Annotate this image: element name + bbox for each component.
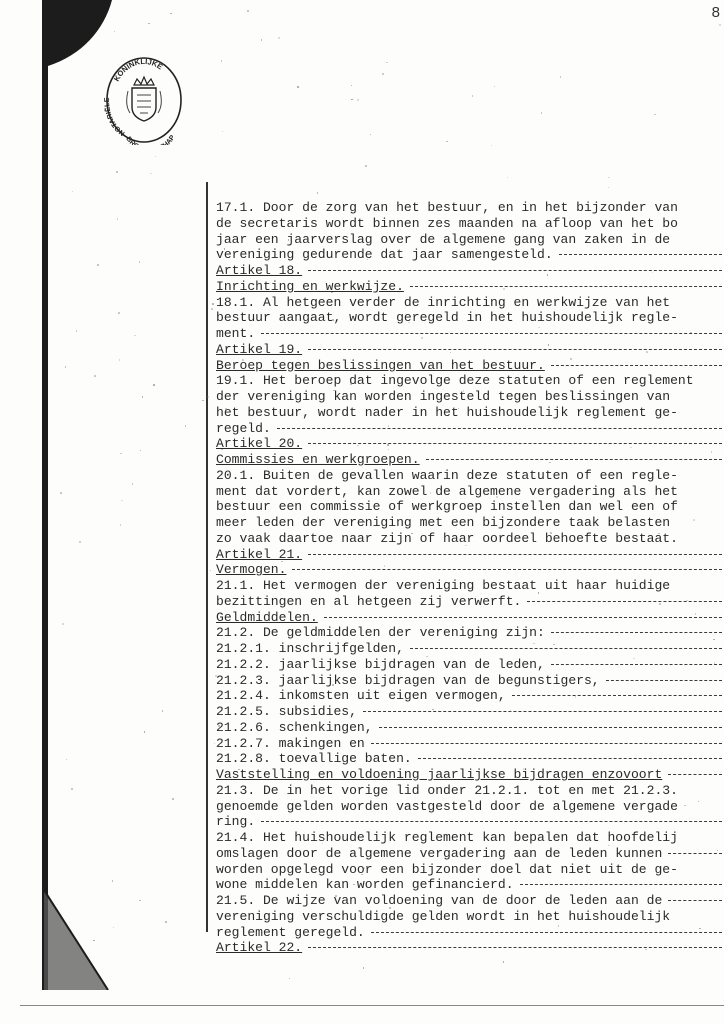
scan-noise [142, 396, 144, 398]
scan-noise [699, 928, 701, 930]
scan-noise [332, 319, 334, 321]
scan-noise [494, 86, 496, 88]
scan-noise [120, 453, 122, 455]
text-line: 19.1. Het beroep dat ingevolge deze stat… [216, 373, 724, 389]
scan-noise [361, 874, 363, 876]
scan-noise [334, 503, 336, 505]
text-line: worden opgelegd voor een bijzonder doel … [216, 862, 724, 878]
scan-noise [221, 60, 223, 62]
line-text: worden opgelegd voor een bijzonder doel … [216, 862, 678, 877]
scan-noise [472, 95, 474, 97]
fill-dash-line [512, 695, 722, 696]
text-line: bestuur een commissie of werkgroep inste… [216, 499, 724, 515]
scan-noise [463, 390, 465, 392]
fill-dash-line [308, 443, 722, 444]
scan-noise [654, 114, 656, 116]
line-text: de secretaris wordt binnen zes maanden n… [216, 216, 678, 231]
fill-dash-line [371, 743, 722, 744]
text-line: bezittingen en al hetgeen zij verwerft. [216, 594, 724, 610]
scan-noise [421, 337, 423, 339]
scan-noise [140, 450, 142, 452]
line-text: 21.2.1. inschrijfgelden, [216, 641, 404, 656]
scan-noise [386, 62, 388, 64]
scan-noise [66, 759, 68, 761]
scan-noise [162, 710, 164, 712]
scan-noise [225, 408, 227, 410]
text-line: wone middelen kan worden gefinancierd. [216, 877, 724, 893]
scan-noise [549, 462, 551, 464]
scan-noise [370, 134, 372, 136]
fill-dash-line [520, 884, 722, 885]
text-line: 21.1. Het vermogen der vereniging bestaa… [216, 578, 724, 594]
text-line: regeld. [216, 421, 724, 437]
scan-noise [153, 384, 155, 386]
scan-noise [507, 177, 509, 179]
scan-noise [202, 400, 204, 402]
notary-seal-icon: KONINKLIJKE NOTARIËLE BROEDERSCHAP [104, 55, 184, 145]
text-line: 20.1. Buiten de gevallen waarin deze sta… [216, 468, 724, 484]
line-text: ring. [216, 814, 255, 829]
scan-noise [229, 619, 231, 621]
scan-noise [172, 798, 174, 800]
scan-noise [62, 979, 64, 981]
scan-noise [119, 359, 121, 361]
scan-noise [389, 907, 391, 909]
line-text: jaar een jaarverslag over de algemene ga… [216, 232, 670, 247]
line-text: ment dat vordert, kan zowel de algemene … [216, 484, 678, 499]
scan-noise [719, 24, 721, 26]
fill-dash-line [551, 664, 722, 665]
scan-noise [116, 171, 118, 173]
scan-noise [148, 23, 150, 25]
scan-noise [436, 915, 438, 917]
text-line: 21.2.6. schenkingen, [216, 720, 724, 736]
line-text: genoemde gelden worden vastgesteld door … [216, 799, 678, 814]
scan-noise [353, 884, 355, 886]
fill-dash-line [308, 349, 722, 350]
fill-dash-line [606, 680, 722, 681]
scan-noise [351, 85, 353, 87]
scan-noise [242, 359, 244, 361]
scan-shadow-bottom [44, 890, 114, 990]
scan-noise [646, 351, 648, 353]
svg-text:NOTARIËLE: NOTARIËLE [104, 97, 126, 136]
text-line: 21.3. De in het vorige lid onder 21.2.1.… [216, 783, 724, 799]
scan-noise [558, 925, 560, 927]
article-heading: Artikel 19. [216, 342, 724, 358]
line-text: het bestuur, wordt nader in het huishoud… [216, 405, 678, 420]
scan-noise [686, 600, 688, 602]
scan-noise [570, 358, 572, 360]
line-text: 21.5. De wijze van voldoening van de doo… [216, 893, 662, 908]
line-text: 18.1. Al hetgeen verder de inrichting en… [216, 295, 670, 310]
scan-noise [207, 396, 209, 398]
scan-noise [335, 895, 337, 897]
line-text: meer leden der vereniging met een bijzon… [216, 515, 670, 530]
line-text: 20.1. Buiten de gevallen waarin deze sta… [216, 468, 678, 483]
text-line: 21.2. De geldmiddelen der vereniging zij… [216, 625, 724, 641]
line-text: Geldmiddelen. [216, 610, 318, 625]
text-line: der vereniging kan worden ingesteld tege… [216, 389, 724, 405]
scan-noise [350, 383, 352, 385]
scan-noise [117, 218, 119, 220]
scan-noise [608, 187, 610, 189]
svg-text:BROEDERSCHAP: BROEDERSCHAP [124, 134, 176, 145]
scan-noise [322, 843, 324, 845]
scan-noise [222, 131, 224, 133]
scan-noise [79, 541, 81, 543]
line-text: der vereniging kan worden ingesteld tege… [216, 389, 670, 404]
scan-noise [317, 192, 319, 194]
fill-dash-line [418, 758, 722, 759]
scan-noise [65, 366, 67, 368]
scan-noise [363, 967, 365, 969]
fill-dash-line [371, 932, 722, 933]
text-line: ment. [216, 326, 724, 342]
text-line: 21.2.5. subsidies, [216, 704, 724, 720]
scan-noise [121, 500, 123, 502]
line-text: 21.2.5. subsidies, [216, 704, 357, 719]
article-heading: Artikel 20. [216, 436, 724, 452]
scan-noise [333, 390, 335, 392]
scan-noise [118, 312, 120, 314]
scan-noise [560, 76, 562, 78]
text-line: de secretaris wordt binnen zes maanden n… [216, 216, 724, 232]
scan-noise [541, 112, 543, 114]
scan-noise [218, 725, 220, 727]
scan-noise [523, 768, 525, 770]
scan-noise [214, 743, 216, 745]
text-line: 21.2.2. jaarlijkse bijdragen van de lede… [216, 657, 724, 673]
scan-noise [60, 492, 62, 494]
scan-noise [550, 532, 552, 534]
line-text: Artikel 22. [216, 940, 302, 955]
fill-dash-line [292, 569, 722, 570]
scan-noise [144, 731, 146, 733]
line-text: Artikel 18. [216, 263, 302, 278]
scan-noise [278, 37, 280, 39]
line-text: bestuur een commissie of werkgroep inste… [216, 499, 678, 514]
scan-noise [503, 961, 505, 963]
scan-noise [387, 444, 389, 446]
text-line: ment dat vordert, kan zowel de algemene … [216, 484, 724, 500]
line-text: regeld. [216, 421, 271, 436]
text-line: vereniging gedurende dat jaar samengeste… [216, 247, 724, 263]
fill-dash-line [668, 853, 722, 854]
text-line: 17.1. Door de zorg van het bestuur, en i… [216, 200, 724, 216]
line-text: 21.3. De in het vorige lid onder 21.2.1.… [216, 783, 678, 798]
line-text: wone middelen kan worden gefinancierd. [216, 877, 514, 892]
scan-noise [332, 684, 334, 686]
text-line: 21.2.8. toevallige baten. [216, 751, 724, 767]
fill-dash-line [277, 428, 722, 429]
scan-noise [364, 521, 366, 523]
svg-text:KONINKLIJKE: KONINKLIJKE [112, 57, 164, 83]
line-text: Beroep tegen beslissingen van het bestuu… [216, 358, 545, 373]
fill-dash-line [410, 648, 722, 649]
line-text: Vermogen. [216, 562, 286, 577]
line-text: 21.2. De geldmiddelen der vereniging zij… [216, 625, 545, 640]
scan-noise [289, 978, 291, 980]
scan-noise [714, 662, 716, 664]
scan-noise [351, 99, 353, 101]
scan-noise [555, 785, 557, 787]
scan-noise [384, 565, 386, 567]
line-text: omslagen door de algemene vergadering aa… [216, 846, 662, 861]
fill-dash-line [551, 365, 722, 366]
line-text: bestuur aangaat, wordt geregeld in het h… [216, 310, 678, 325]
margin-rule [206, 182, 208, 932]
text-line: vereniging verschuldigde gelden wordt in… [216, 909, 724, 925]
fill-dash-line [324, 617, 722, 618]
scan-noise [120, 524, 122, 526]
scan-noise [357, 99, 359, 101]
fill-dash-line [527, 601, 722, 602]
scan-noise [185, 425, 187, 427]
line-text: 21.2.3. jaarlijkse bijdragen van de begu… [216, 673, 600, 688]
scan-noise [264, 619, 266, 621]
line-text: Artikel 21. [216, 547, 302, 562]
line-text: 21.4. Het huishoudelijk reglement kan be… [216, 830, 678, 845]
line-text: vereniging verschuldigde gelden wordt in… [216, 909, 670, 924]
scan-noise [365, 165, 367, 167]
fill-dash-line [551, 632, 722, 633]
scan-noise [388, 425, 390, 427]
scan-noise [247, 10, 249, 12]
line-text: zo vaak daartoe naar zijn of haar oordee… [216, 531, 678, 546]
line-text: reglement geregeld. [216, 925, 365, 940]
text-line: 21.2.3. jaarlijkse bijdragen van de begu… [216, 673, 724, 689]
fill-dash-line [261, 821, 722, 822]
scan-noise [71, 788, 73, 790]
scan-noise [693, 519, 695, 521]
article-heading: Commissies en werkgroepen. [216, 452, 724, 468]
scan-noise [210, 570, 212, 572]
line-text: Artikel 19. [216, 342, 302, 357]
fill-dash-line [379, 727, 722, 728]
text-line: bestuur aangaat, wordt geregeld in het h… [216, 310, 724, 326]
fill-dash-line [261, 333, 722, 334]
text-line: omslagen door de algemene vergadering aa… [216, 846, 724, 862]
article-heading: Artikel 22. [216, 940, 724, 956]
text-line: jaar een jaarverslag over de algemene ga… [216, 232, 724, 248]
line-text: Inrichting en werkwijze. [216, 279, 404, 294]
scan-noise [659, 603, 661, 605]
page-number: 8 [712, 4, 720, 21]
statute-text: 17.1. Door de zorg van het bestuur, en i… [216, 200, 724, 956]
scan-noise [132, 483, 134, 485]
text-line: reglement geregeld. [216, 925, 724, 941]
scan-noise [224, 248, 226, 250]
scan-noise [211, 308, 213, 310]
line-text: 21.2.6. schenkingen, [216, 720, 373, 735]
line-text: 21.2.2. jaarlijkse bijdragen van de lede… [216, 657, 545, 672]
scan-noise [382, 73, 384, 75]
line-text: Commissies en werkgroepen. [216, 452, 420, 467]
scan-noise [684, 805, 686, 807]
text-line: meer leden der vereniging met een bijzon… [216, 515, 724, 531]
scan-noise [491, 145, 493, 147]
scan-noise [155, 156, 157, 158]
text-line: 21.4. Het huishoudelijk reglement kan be… [216, 830, 724, 846]
article-heading: Artikel 21. [216, 547, 724, 563]
scan-noise [645, 949, 647, 951]
scan-noise [216, 746, 218, 748]
scan-noise [446, 141, 448, 143]
line-text: 21.2.8. toevallige baten. [216, 751, 412, 766]
fill-dash-line [308, 947, 722, 948]
scan-noise [62, 623, 64, 625]
scan-noise [695, 613, 697, 615]
page-bottom-edge [20, 1005, 724, 1006]
scan-noise [297, 86, 299, 88]
line-text: Artikel 20. [216, 436, 302, 451]
article-heading: Vermogen. [216, 562, 724, 578]
fill-dash-line [426, 459, 722, 460]
line-text: vereniging gedurende dat jaar samengeste… [216, 247, 553, 262]
scan-noise [215, 675, 217, 677]
scan-noise [331, 292, 333, 294]
line-text: 21.2.4. inkomsten uit eigen vermogen, [216, 688, 506, 703]
text-line: 21.2.4. inkomsten uit eigen vermogen, [216, 688, 724, 704]
line-text: 19.1. Het beroep dat ingevolge deze stat… [216, 373, 694, 388]
fill-dash-line [308, 554, 722, 555]
text-line: 18.1. Al hetgeen verder de inrichting en… [216, 295, 724, 311]
text-line: 21.2.1. inschrijfgelden, [216, 641, 724, 657]
fill-dash-line [668, 900, 722, 901]
article-heading: Vaststelling en voldoening jaarlijkse bi… [216, 767, 724, 783]
scan-noise [212, 303, 214, 305]
fill-dash-line [559, 254, 722, 255]
scan-noise [548, 344, 550, 346]
scan-noise [139, 261, 141, 263]
text-line: zo vaak daartoe naar zijn of haar oordee… [216, 531, 724, 547]
text-line: 21.2.7. makingen en [216, 736, 724, 752]
scan-noise [261, 39, 263, 41]
scan-noise [139, 900, 141, 902]
text-line: 21.5. De wijze van voldoening van de doo… [216, 893, 724, 909]
fill-dash-line [410, 286, 722, 287]
scan-binding-edge [42, 0, 48, 990]
scan-noise [76, 330, 78, 332]
scan-noise [608, 177, 610, 179]
line-text: 21.1. Het vermogen der vereniging bestaa… [216, 578, 670, 593]
scan-noise [134, 335, 136, 337]
article-heading: Artikel 18. [216, 263, 724, 279]
text-line: genoemde gelden worden vastgesteld door … [216, 799, 724, 815]
fill-dash-line [308, 270, 722, 271]
line-text: 21.2.7. makingen en [216, 736, 365, 751]
scan-noise [711, 451, 713, 453]
scan-noise [503, 288, 505, 290]
text-line: het bestuur, wordt nader in het huishoud… [216, 405, 724, 421]
article-heading: Geldmiddelen. [216, 610, 724, 626]
scan-noise [93, 940, 95, 942]
scan-noise [547, 274, 549, 276]
line-text: 17.1. Door de zorg van het bestuur, en i… [216, 200, 678, 215]
article-heading: Beroep tegen beslissingen van het bestuu… [216, 358, 724, 374]
line-text: Vaststelling en voldoening jaarlijkse bi… [216, 767, 662, 782]
scan-noise [690, 332, 692, 334]
scan-noise [114, 31, 116, 33]
fill-dash-line [363, 711, 722, 712]
scan-noise [112, 880, 114, 882]
article-heading: Inrichting en werkwijze. [216, 279, 724, 295]
scan-noise [94, 375, 96, 377]
scan-noise [97, 264, 99, 266]
scan-noise [165, 921, 167, 923]
text-line: ring. [216, 814, 724, 830]
fill-dash-line [668, 774, 722, 775]
scan-noise [72, 191, 74, 193]
scan-noise [170, 13, 172, 15]
scan-noise [496, 496, 498, 498]
scan-noise [150, 173, 152, 175]
line-text: bezittingen en al hetgeen zij verwerft. [216, 594, 521, 609]
line-text: ment. [216, 326, 255, 341]
